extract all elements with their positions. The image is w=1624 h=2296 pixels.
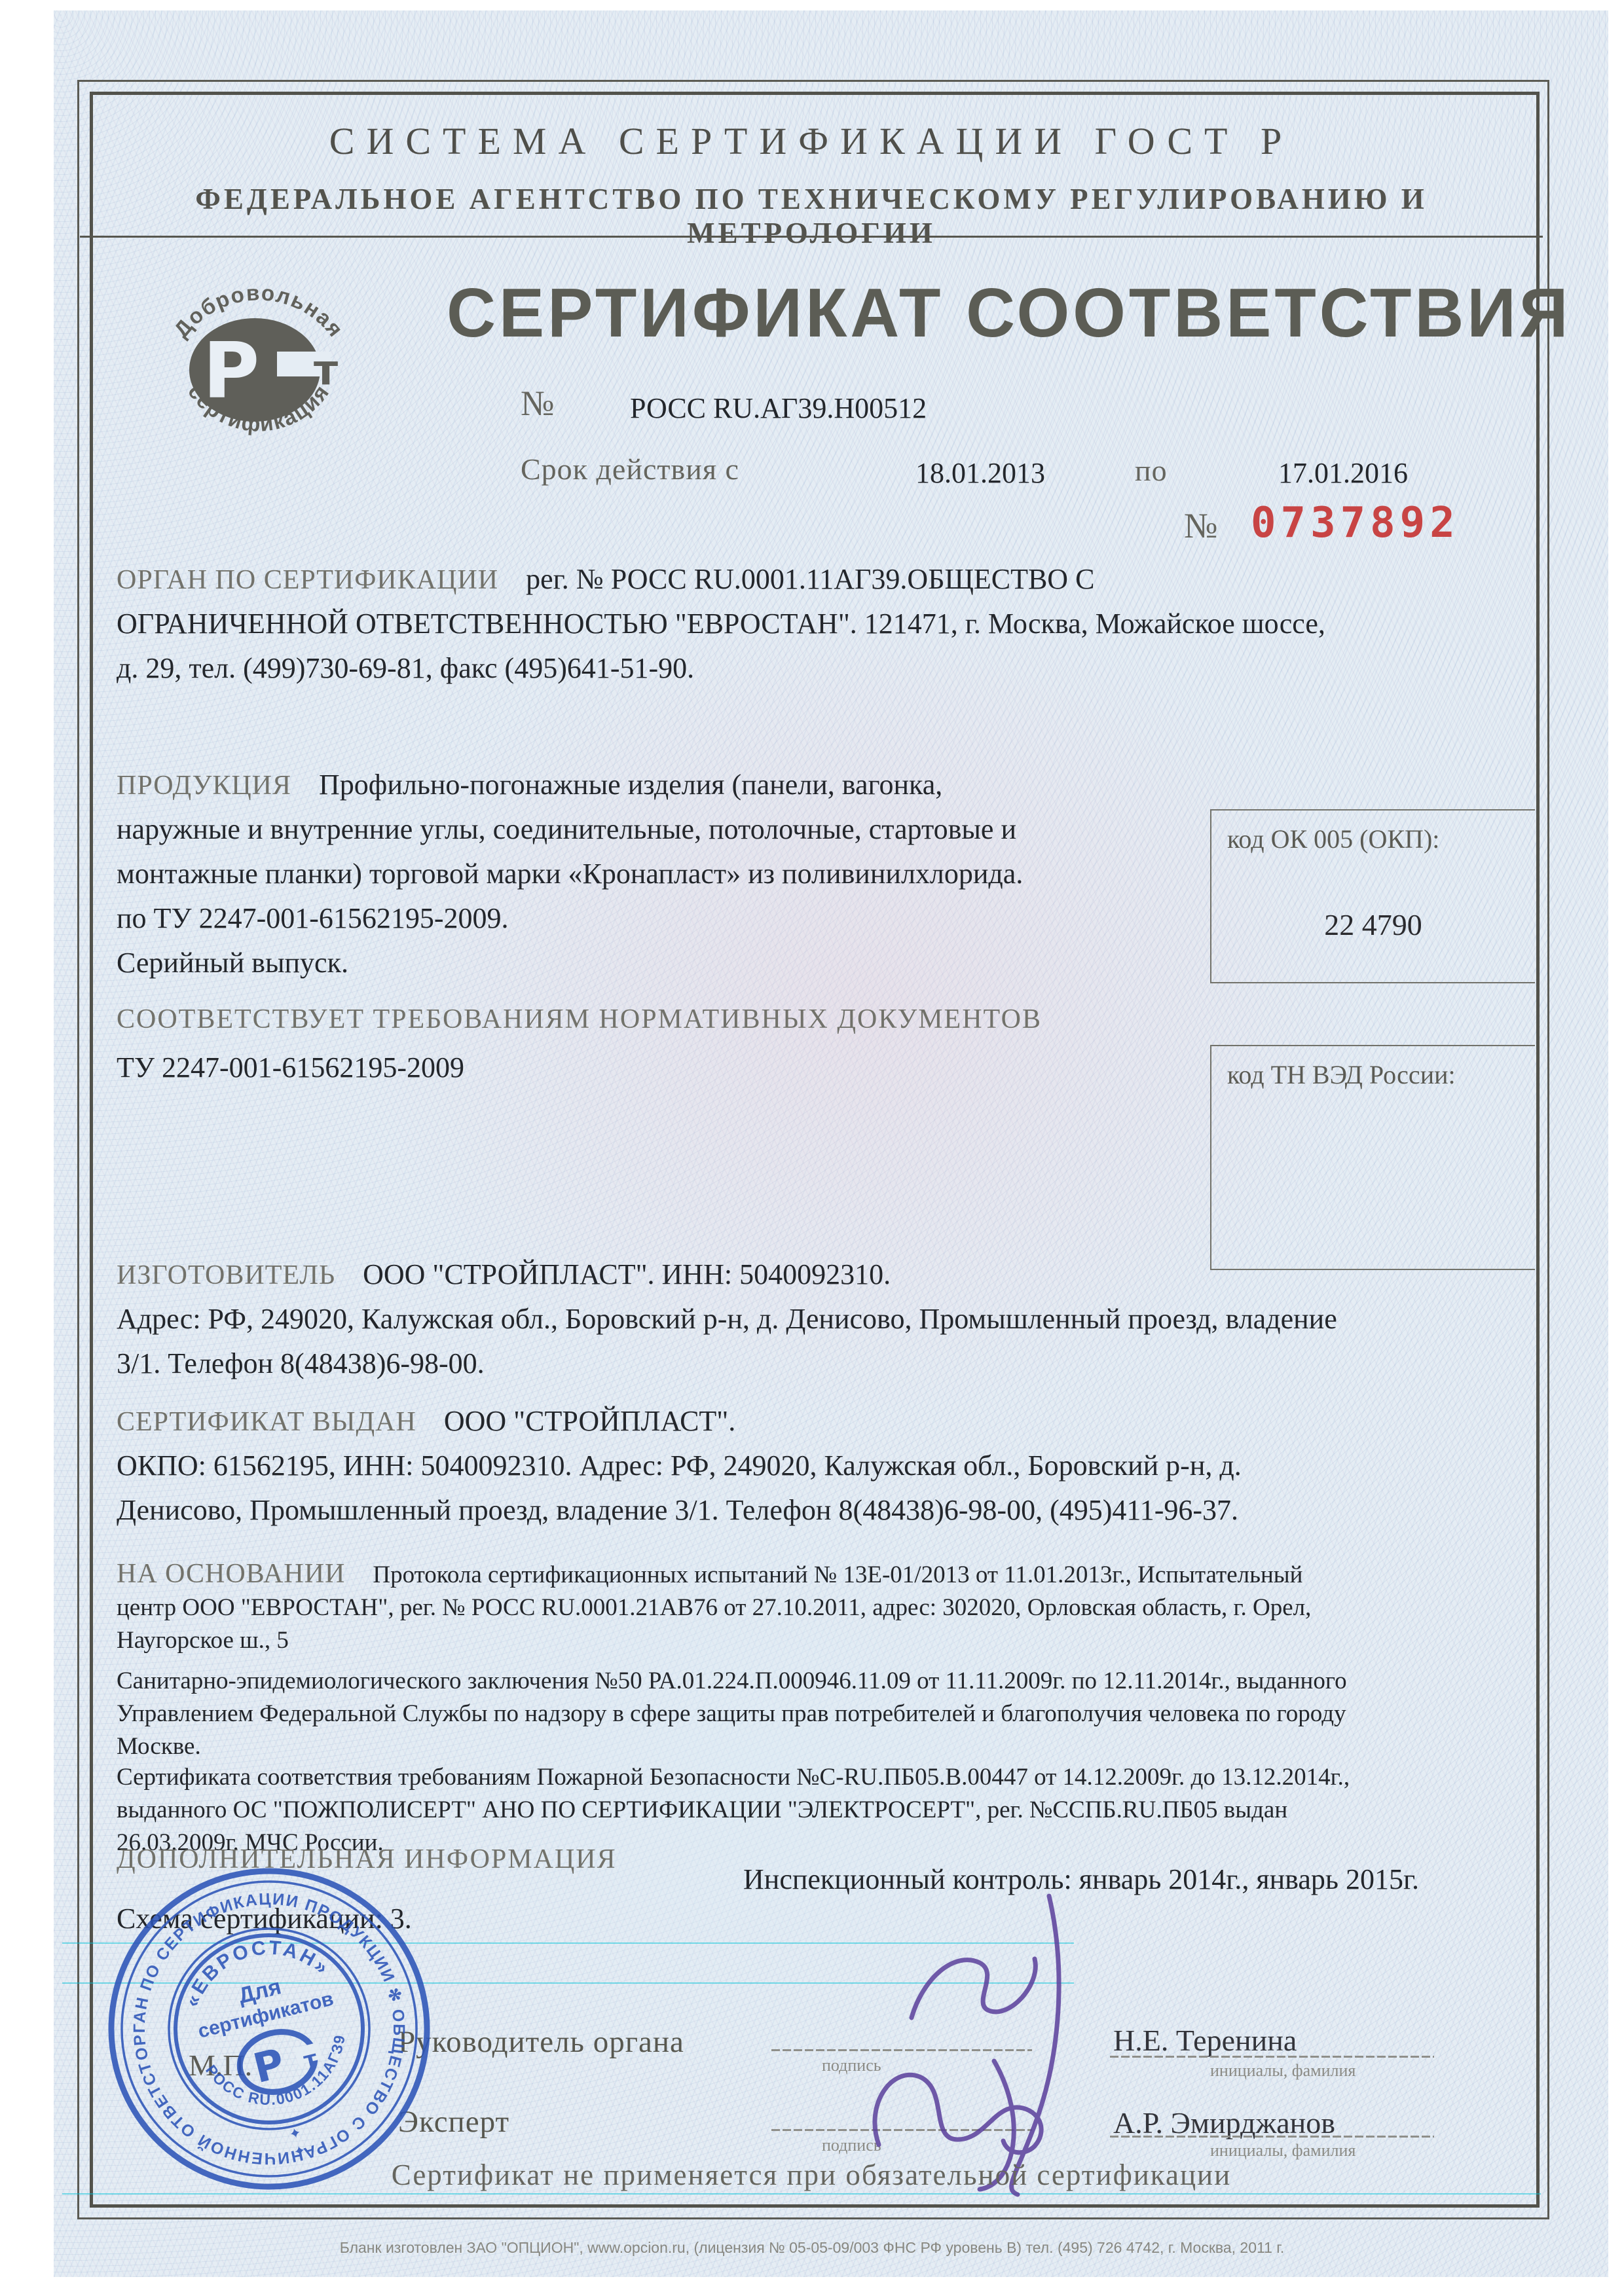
stamp-ring-text: ОРГАН ПО СЕРТИФИКАЦИИ ПРОДУКЦИИ ✻ ОБЩЕСТ… [102, 1862, 436, 2196]
head-name-line [1110, 2056, 1434, 2058]
validity-label: Срок действия с [521, 452, 739, 486]
svg-text:ОРГАН ПО СЕРТИФИКАЦИИ ПРОДУКЦИ: ОРГАН ПО СЕРТИФИКАЦИИ ПРОДУКЦИИ ✻ ОБЩЕСТ… [102, 1862, 436, 2196]
rst-voluntary-logo: Добровольная сертификация Р т [147, 259, 370, 462]
certificate-title: СЕРТИФИКАТ СООТВЕТСТВИЯ [447, 274, 1571, 353]
okp-code-box: код ОК 005 (ОКП): 22 4790 [1210, 809, 1535, 983]
svg-text:Р: Р [249, 2039, 289, 2092]
certificate-page: СИСТЕМА СЕРТИФИКАЦИИ ГОСТ Р ФЕДЕРАЛЬНОЕ … [0, 0, 1624, 2296]
header-divider [80, 236, 1543, 238]
expert-sign-line [771, 2129, 1032, 2131]
basis-label: НА ОСНОВАНИИ [117, 1559, 345, 1589]
basis-paragraph-2: Санитарно-эпидемиологического заключения… [117, 1665, 1539, 1763]
section-organ: ОРГАН ПО СЕРТИФИКАЦИИрег. № РОСС RU.0001… [117, 560, 1538, 694]
issued-to-label: СЕРТИФИКАТ ВЫДАН [117, 1407, 416, 1437]
svg-text:т: т [314, 346, 338, 395]
blank-number-label: № [1184, 505, 1219, 546]
tnved-code-box: код ТН ВЭД России: [1210, 1045, 1535, 1270]
restriction-note: Сертификат не применяется при обязательн… [90, 2158, 1533, 2192]
validity-from: 18.01.2013 [915, 454, 1045, 492]
head-role-label: Руководитель органа [398, 2024, 684, 2060]
okp-box-label: код ОК 005 (ОКП): [1211, 811, 1535, 854]
manufacturer-label: ИЗГОТОВИТЕЛЬ [117, 1260, 335, 1290]
header-system-line: СИСТЕМА СЕРТИФИКАЦИИ ГОСТ Р [90, 119, 1533, 163]
validity-to-label: по [1135, 453, 1168, 488]
stamp-mark: ✦ [287, 2124, 303, 2143]
head-sign-line [771, 2049, 1032, 2051]
cert-number-value: РОСС RU.АГ39.Н00512 [630, 390, 927, 428]
conformity-text: ТУ 2247-001-61562195-2009 [117, 1049, 464, 1087]
okp-box-value: 22 4790 [1211, 907, 1535, 942]
expert-sign-caption: подпись [822, 2136, 881, 2155]
conformity-label: СООТВЕТСТВУЕТ ТРЕБОВАНИЯМ НОРМАТИВНЫХ ДО… [117, 1004, 1042, 1035]
product-label: ПРОДУКЦИЯ [117, 771, 291, 801]
blank-manufacturer-note: Бланк изготовлен ЗАО "ОПЦИОН", www.opcio… [210, 2239, 1414, 2257]
svg-text:Р: Р [203, 325, 259, 416]
header-agency-line: ФЕДЕРАЛЬНОЕ АГЕНТСТВО ПО ТЕХНИЧЕСКОМУ РЕ… [90, 182, 1533, 250]
expert-name-line [1110, 2136, 1434, 2138]
head-name-caption: инициалы, фамилия [1210, 2061, 1356, 2081]
tnved-box-label: код ТН ВЭД России: [1211, 1046, 1535, 1090]
cert-number-label: № [521, 383, 555, 424]
section-basis: НА ОСНОВАНИИПротокола сертификационных и… [117, 1558, 1539, 1657]
blank-number-value: 0737892 [1251, 499, 1460, 547]
head-name: Н.Е. Теренина [1113, 2023, 1297, 2058]
section-issued-to: СЕРТИФИКАТ ВЫДАНООО "СТРОЙПЛАСТ". ОКПО: … [117, 1402, 1538, 1536]
section-product: ПРОДУКЦИЯПрофильно-погонажные изделия (п… [117, 766, 1151, 989]
validity-to: 17.01.2016 [1278, 454, 1408, 492]
section-manufacturer: ИЗГОТОВИТЕЛЬООО "СТРОЙПЛАСТ". ИНН: 50400… [117, 1256, 1538, 1389]
organ-label: ОРГАН ПО СЕРТИФИКАЦИИ [117, 565, 498, 595]
certification-body-stamp: ОРГАН ПО СЕРТИФИКАЦИИ ПРОДУКЦИИ ✻ ОБЩЕСТ… [102, 1862, 436, 2196]
inspection-control-text: Инспекционный контроль: январь 2014г., я… [743, 1861, 1419, 1899]
head-sign-caption: подпись [822, 2056, 881, 2075]
